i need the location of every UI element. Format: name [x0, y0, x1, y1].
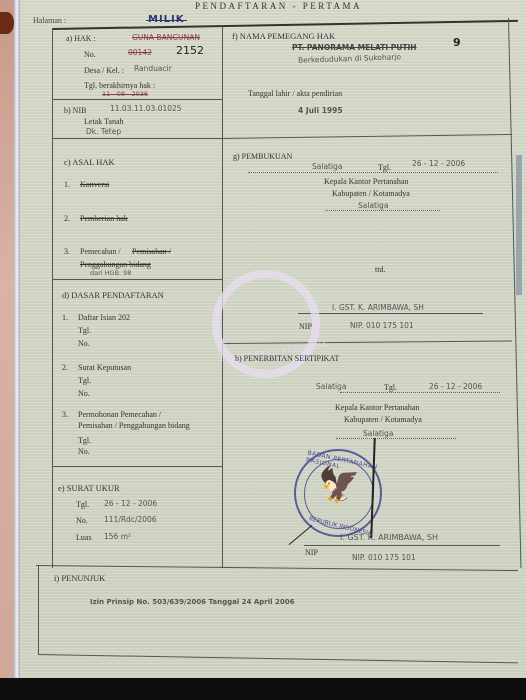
desa-value: Randuacir: [134, 64, 172, 73]
h-nip-label: NIP: [305, 548, 318, 557]
finger-blob: [0, 12, 14, 34]
pembukuan-label: g) PEMBUKUAN: [233, 152, 292, 161]
expiry-label: Tgl. berakhirnya hak :: [84, 81, 155, 90]
asal-item-2: Pemberian hak: [80, 214, 128, 223]
hak-label: a) HAK :: [66, 34, 96, 43]
dasar-item-1-no: No.: [78, 339, 90, 348]
asal-item-3-struck: Pemisahan /: [132, 247, 171, 256]
nib-value: 11.03.11.03.01025: [110, 104, 182, 113]
divider-a-b: [52, 99, 222, 100]
dasar-item-2-num: 2.: [62, 363, 68, 372]
garuda-emblem-icon: 🦅: [318, 469, 360, 503]
asal-item-2-num: 2.: [64, 214, 70, 223]
g-official-name: I. GST. K. ARIMBAWA, SH: [332, 303, 424, 312]
su-no-label: No.: [76, 516, 88, 525]
dasar-item-1-num: 1.: [62, 313, 68, 322]
milik-stamp: MILIK: [148, 14, 185, 25]
su-luas-label: Luas: [76, 533, 92, 542]
h-date-dotline: [340, 392, 500, 393]
g-date: 26 - 12 - 2006: [412, 159, 465, 168]
dasar-item-1: Daftar Isian 202: [78, 313, 130, 322]
penunjuk-label: i) PENUNJUK: [54, 573, 105, 583]
dasar-item-3-no: No.: [78, 447, 90, 456]
h-sig-line: [304, 545, 500, 546]
g-office-city: Salatiga: [358, 201, 388, 210]
h-office-city: Salatiga: [363, 429, 393, 438]
g-office-1: Kepala Kantor Pertanahan: [324, 177, 408, 186]
su-tgl-value: 26 - 12 - 2006: [104, 499, 157, 508]
g-sig-line: [298, 313, 483, 314]
su-no-value: 111/Rdc/2006: [104, 515, 157, 524]
letak-label: Letak Tanah: [84, 117, 124, 126]
g-place: Salatiga: [312, 162, 342, 171]
divider-d-e: [52, 466, 222, 467]
g-date-dotline: [248, 172, 498, 173]
hak-no-old: 00142: [128, 48, 152, 57]
h-office-1: Kepala Kantor Pertanahan: [335, 403, 419, 412]
dasar-item-3-tgl: Tgl.: [78, 436, 91, 445]
asal-item-3-num: 3.: [64, 247, 70, 256]
h-nip-value: NIP. 010 175 101: [352, 553, 416, 562]
asal-hak-label: c) ASAL HAK: [64, 157, 115, 167]
asal-item-3: Pemecahan /: [80, 247, 121, 256]
hak-no-label: No.: [84, 50, 96, 59]
dasar-label: d) DASAR PENDAFTARAN: [62, 290, 164, 300]
dasar-item-2-no: No.: [78, 389, 90, 398]
hak-no-new: 2152: [176, 44, 204, 57]
g-city-dotline: [325, 210, 440, 211]
page-label: Halaman :: [33, 16, 66, 25]
letak-value: Dk. Tetep: [86, 127, 121, 136]
h-official-name: I. GST. K. ARIMBAWA, SH: [340, 533, 438, 542]
nib-label: b) NIB: [64, 106, 86, 115]
su-luas-value: 156 m²: [104, 532, 131, 541]
g-nip-value: NIP. 010 175 101: [350, 321, 414, 330]
asal-item-1-num: 1.: [64, 180, 70, 189]
asal-item-1: Konversi: [80, 180, 109, 189]
expiry-value: 11 - 08 - 2036: [102, 90, 148, 98]
divider-b-c: [52, 138, 222, 139]
desa-label: Desa / Kel. :: [84, 66, 124, 75]
penerbitan-label: h) PENERBITAN SERTIPIKAT: [235, 354, 339, 363]
h-tgl-label: Tgl.: [384, 383, 397, 392]
dasar-item-2: Surat Keputusan: [78, 363, 131, 372]
asal-item-3-line2: Penggabungan bidang: [80, 260, 151, 269]
holder-mark: 9: [453, 36, 461, 49]
h-date: 26 - 12 - 2006: [429, 382, 482, 391]
hak-type: GUNA BANGUNAN: [132, 33, 200, 42]
h-office-2: Kabupaten / Kotamadya: [344, 415, 422, 424]
bpn-seal-stamp: BADAN PERTANAHAN NASIONAL 🦅 REPUBLIK IND…: [294, 449, 382, 537]
binding-strip: [516, 155, 522, 295]
surat-ukur-label: e) SURAT UKUR: [58, 483, 120, 493]
asal-item-3-note: dari HGB. 98: [90, 269, 131, 277]
dasar-item-3-line2: Pemisahan / Penggabungan bidang: [78, 421, 190, 430]
photo-bottom-edge: [0, 678, 526, 700]
frame-left-i: [38, 565, 39, 655]
dasar-item-3: Permohonan Pemecahan /: [78, 410, 161, 419]
g-ttd: ttd.: [375, 265, 385, 274]
document-title: PENDAFTARAN - PERTAMA: [195, 1, 362, 11]
penunjuk-text: Izin Prinsip No. 503/639/2006 Tanggal 24…: [90, 598, 294, 606]
su-tgl-label: Tgl.: [76, 500, 89, 509]
frame-left: [52, 28, 53, 568]
dasar-item-3-num: 3.: [62, 410, 68, 419]
divider-c-d: [52, 279, 222, 280]
dasar-item-1-tgl: Tgl.: [78, 326, 91, 335]
g-tgl-label: Tgl.: [378, 163, 391, 172]
birth-value: 4 Juli 1995: [298, 106, 343, 115]
pemegang-hak-label: f) NAMA PEMEGANG HAK: [232, 31, 335, 41]
dasar-item-2-tgl: Tgl.: [78, 376, 91, 385]
birth-label: Tanggal lahir / akta pendirian: [248, 89, 342, 98]
h-city-dotline: [336, 438, 456, 439]
h-place: Salatiga: [316, 382, 346, 391]
holder-name: PT. PANORAMA MELATI PUTIH: [292, 43, 417, 52]
g-office-2: Kabupaten / Kotamadya: [332, 189, 410, 198]
